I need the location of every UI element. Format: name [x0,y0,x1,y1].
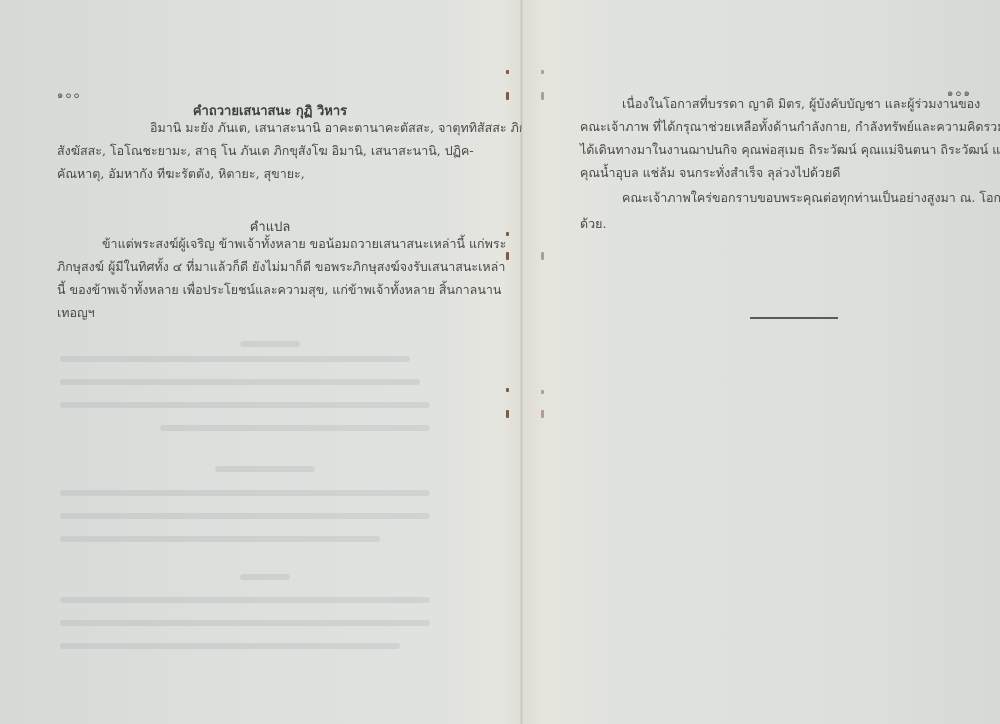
paragraph2-line-1: คณะเจ้าภาพใคร่ขอกราบขอบพระคุณต่อทุกท่านเ… [622,188,1000,208]
bleed-through-text [60,379,420,385]
bleed-through-text [160,425,430,431]
staple-hole [506,70,509,74]
staple-hole [541,92,544,100]
bleed-through-text [60,402,430,408]
pali-line-1: อิมานิ มะยัง ภันเต, เสนาสะนานิ อาคะตานาค… [150,118,535,138]
bleed-through-text [240,341,300,347]
pali-line-3: คัณหาตุ, อัมหากัง ทีฆะรัตตัง, หิตายะ, สุ… [57,164,305,184]
translation-line-3: นี้ ของข้าพเจ้าทั้งหลาย เพื่อประโยชน์และ… [57,280,501,300]
translation-line-1: ข้าแต่พระสงฆ์ผู้เจริญ ข้าพเจ้าทั้งหลาย ข… [102,234,506,254]
staple-hole [541,70,544,74]
bleed-through-text [60,513,430,519]
bleed-through-text [60,597,430,603]
staple-hole [541,252,544,260]
staple-hole [506,410,509,418]
bleed-through-text [60,356,410,362]
paragraph2-line-2: ด้วย. [580,214,606,234]
bleed-through-text [60,490,430,496]
left-page: ๑๐๐ คำถวายเสนาสนะ กุฏิ วิหาร อิมานิ มะยั… [0,0,522,724]
paragraph1-line-3: ได้เดินทางมาในงานฌาปนกิจ คุณพ่อสุเมธ ถิร… [580,140,1000,160]
staple-hole [506,252,509,260]
staple-hole [506,232,509,236]
pali-line-2: สังฆัสสะ, โอโณชะยามะ, สาธุ โน ภันเต ภิกข… [57,141,474,161]
translation-line-4: เทอญฯ [57,303,95,323]
bleed-through-text [60,643,400,649]
book-spine [520,0,523,724]
separator-rule [750,317,838,319]
bleed-through-text [215,466,315,472]
bleed-through-text [240,574,290,580]
paragraph1-line-1: เนื่องในโอกาสที่บรรดา ญาติ มิตร, ผู้บังค… [622,94,980,114]
bleed-through-text [60,620,430,626]
right-page: ๑๐๑ เนื่องในโอกาสที่บรรดา ญาติ มิตร, ผู้… [522,0,1000,724]
staple-hole [506,388,509,392]
staple-hole [541,390,544,394]
translation-line-2: ภิกษุสงฆ์ ผู้มีในทิศทั้ง ๔ ที่มาแล้วก็ดี… [57,257,505,277]
paragraph1-line-4: คุณน้ำอุบล แช่ล้ม จนกระทั่งสำเร็จ ลุล่วง… [580,163,840,183]
staple-hole [506,92,509,100]
bleed-through-text [60,536,380,542]
staple-hole [541,410,544,418]
paragraph1-line-2: คณะเจ้าภาพ ที่ได้กรุณาช่วยเหลือทั้งด้านก… [580,117,1000,137]
